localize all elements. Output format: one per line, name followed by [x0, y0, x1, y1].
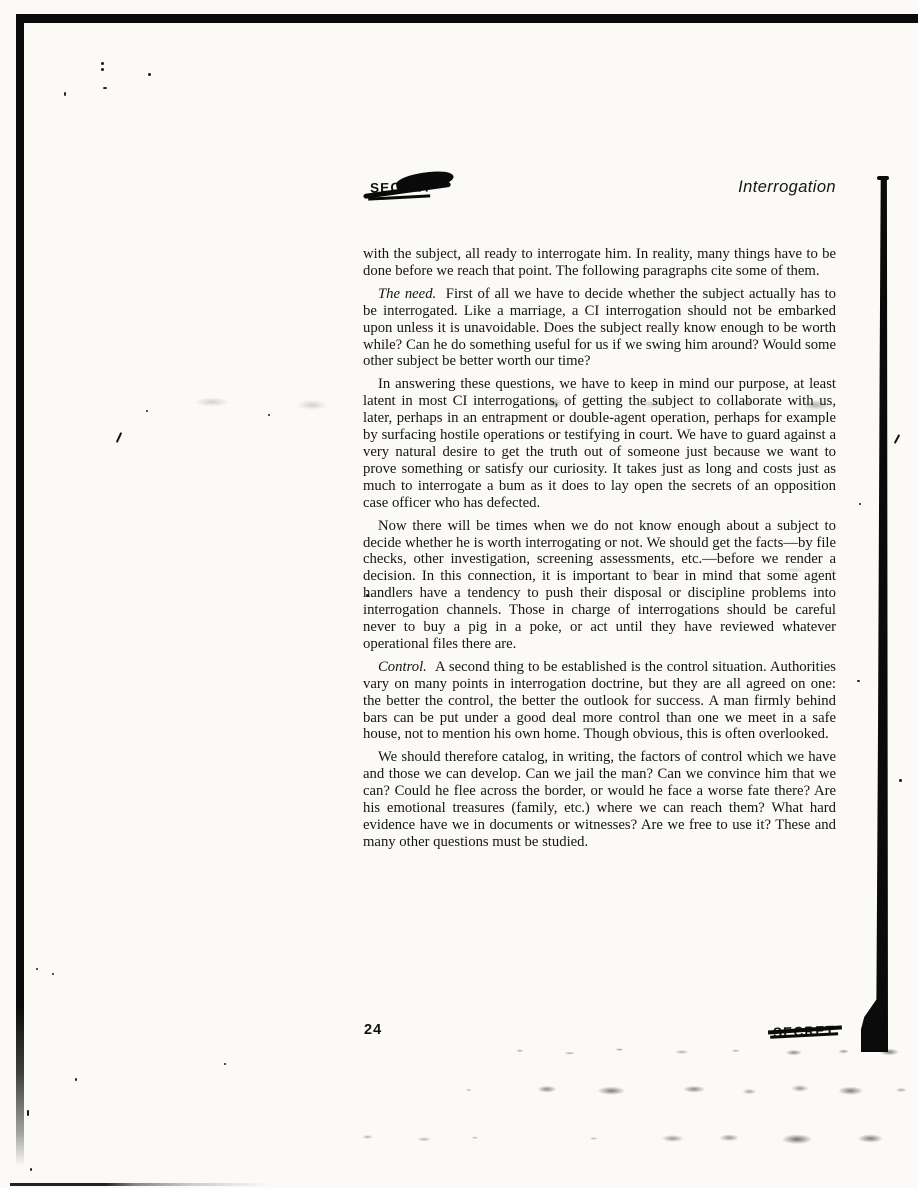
scan-smudge — [737, 396, 757, 410]
scan-edge-top-bar — [16, 14, 918, 23]
scan-smudge — [825, 568, 840, 574]
paragraph-text: We should therefore catalog, in writing,… — [363, 749, 836, 850]
paragraph: We should therefore catalog, in writing,… — [363, 749, 836, 850]
scan-smudge — [188, 396, 236, 408]
paragraph: Control.A second thing to be established… — [363, 659, 836, 744]
scan-smudge — [543, 396, 565, 410]
scan-edge-left-bar — [16, 14, 24, 1166]
scan-speckle — [101, 68, 104, 71]
scan-speckle — [27, 1110, 29, 1116]
paragraph-text: with the subject, all ready to interroga… — [363, 246, 836, 279]
scan-speckle — [52, 973, 54, 975]
paragraph-text: In answering these questions, we have to… — [363, 376, 836, 510]
paragraph-lead: Control. — [378, 659, 435, 675]
paragraph-text: Now there will be times when we do not k… — [363, 518, 836, 652]
scan-speckle — [146, 410, 148, 412]
scan-smudge — [700, 570, 724, 576]
scan-speckle — [899, 779, 902, 782]
scan-speckle — [36, 968, 38, 970]
scan-speckle — [103, 87, 107, 89]
scan-speckle — [894, 434, 900, 444]
right-margin-bracket-mark — [861, 178, 888, 1052]
paragraph: Now there will be times when we do not k… — [363, 518, 836, 653]
scan-noise-band — [455, 1082, 915, 1098]
scan-speckle — [116, 432, 122, 443]
scan-smudge — [780, 566, 810, 574]
paragraph: with the subject, all ready to interroga… — [363, 246, 836, 280]
scanned-document-page: SECRET Interrogation with the subject, a… — [0, 0, 918, 1188]
scan-speckle — [268, 414, 270, 416]
paragraph: The need.First of all we have to decide … — [363, 286, 836, 371]
scan-smudge — [292, 398, 332, 412]
scan-smudge — [630, 398, 676, 410]
scan-speckle — [857, 680, 860, 682]
paragraph: In answering these questions, we have to… — [363, 376, 836, 511]
classification-stamp-top: SECRET — [370, 179, 432, 195]
paragraph-lead: The need. — [378, 286, 446, 302]
scan-noise-band — [495, 1046, 910, 1058]
scan-speckle — [366, 594, 369, 597]
scan-noise-band — [345, 1131, 910, 1146]
scan-speckle — [148, 73, 151, 76]
page-number: 24 — [364, 1022, 382, 1038]
scan-smudge — [695, 400, 708, 408]
scan-speckle — [101, 62, 104, 65]
right-margin-bracket-top — [877, 176, 889, 180]
scan-speckle — [75, 1078, 77, 1081]
document-body: with the subject, all ready to interroga… — [363, 246, 836, 857]
scan-bottom-line — [10, 1183, 270, 1186]
scan-speckle — [224, 1063, 226, 1065]
scan-speckle — [64, 92, 66, 96]
scan-smudge — [640, 568, 670, 576]
scan-smudge — [797, 398, 835, 412]
running-head: Interrogation — [738, 178, 836, 197]
classification-stamp-bottom: SECRET — [773, 1023, 835, 1040]
scan-speckle — [859, 503, 861, 505]
scan-speckle — [30, 1168, 32, 1171]
